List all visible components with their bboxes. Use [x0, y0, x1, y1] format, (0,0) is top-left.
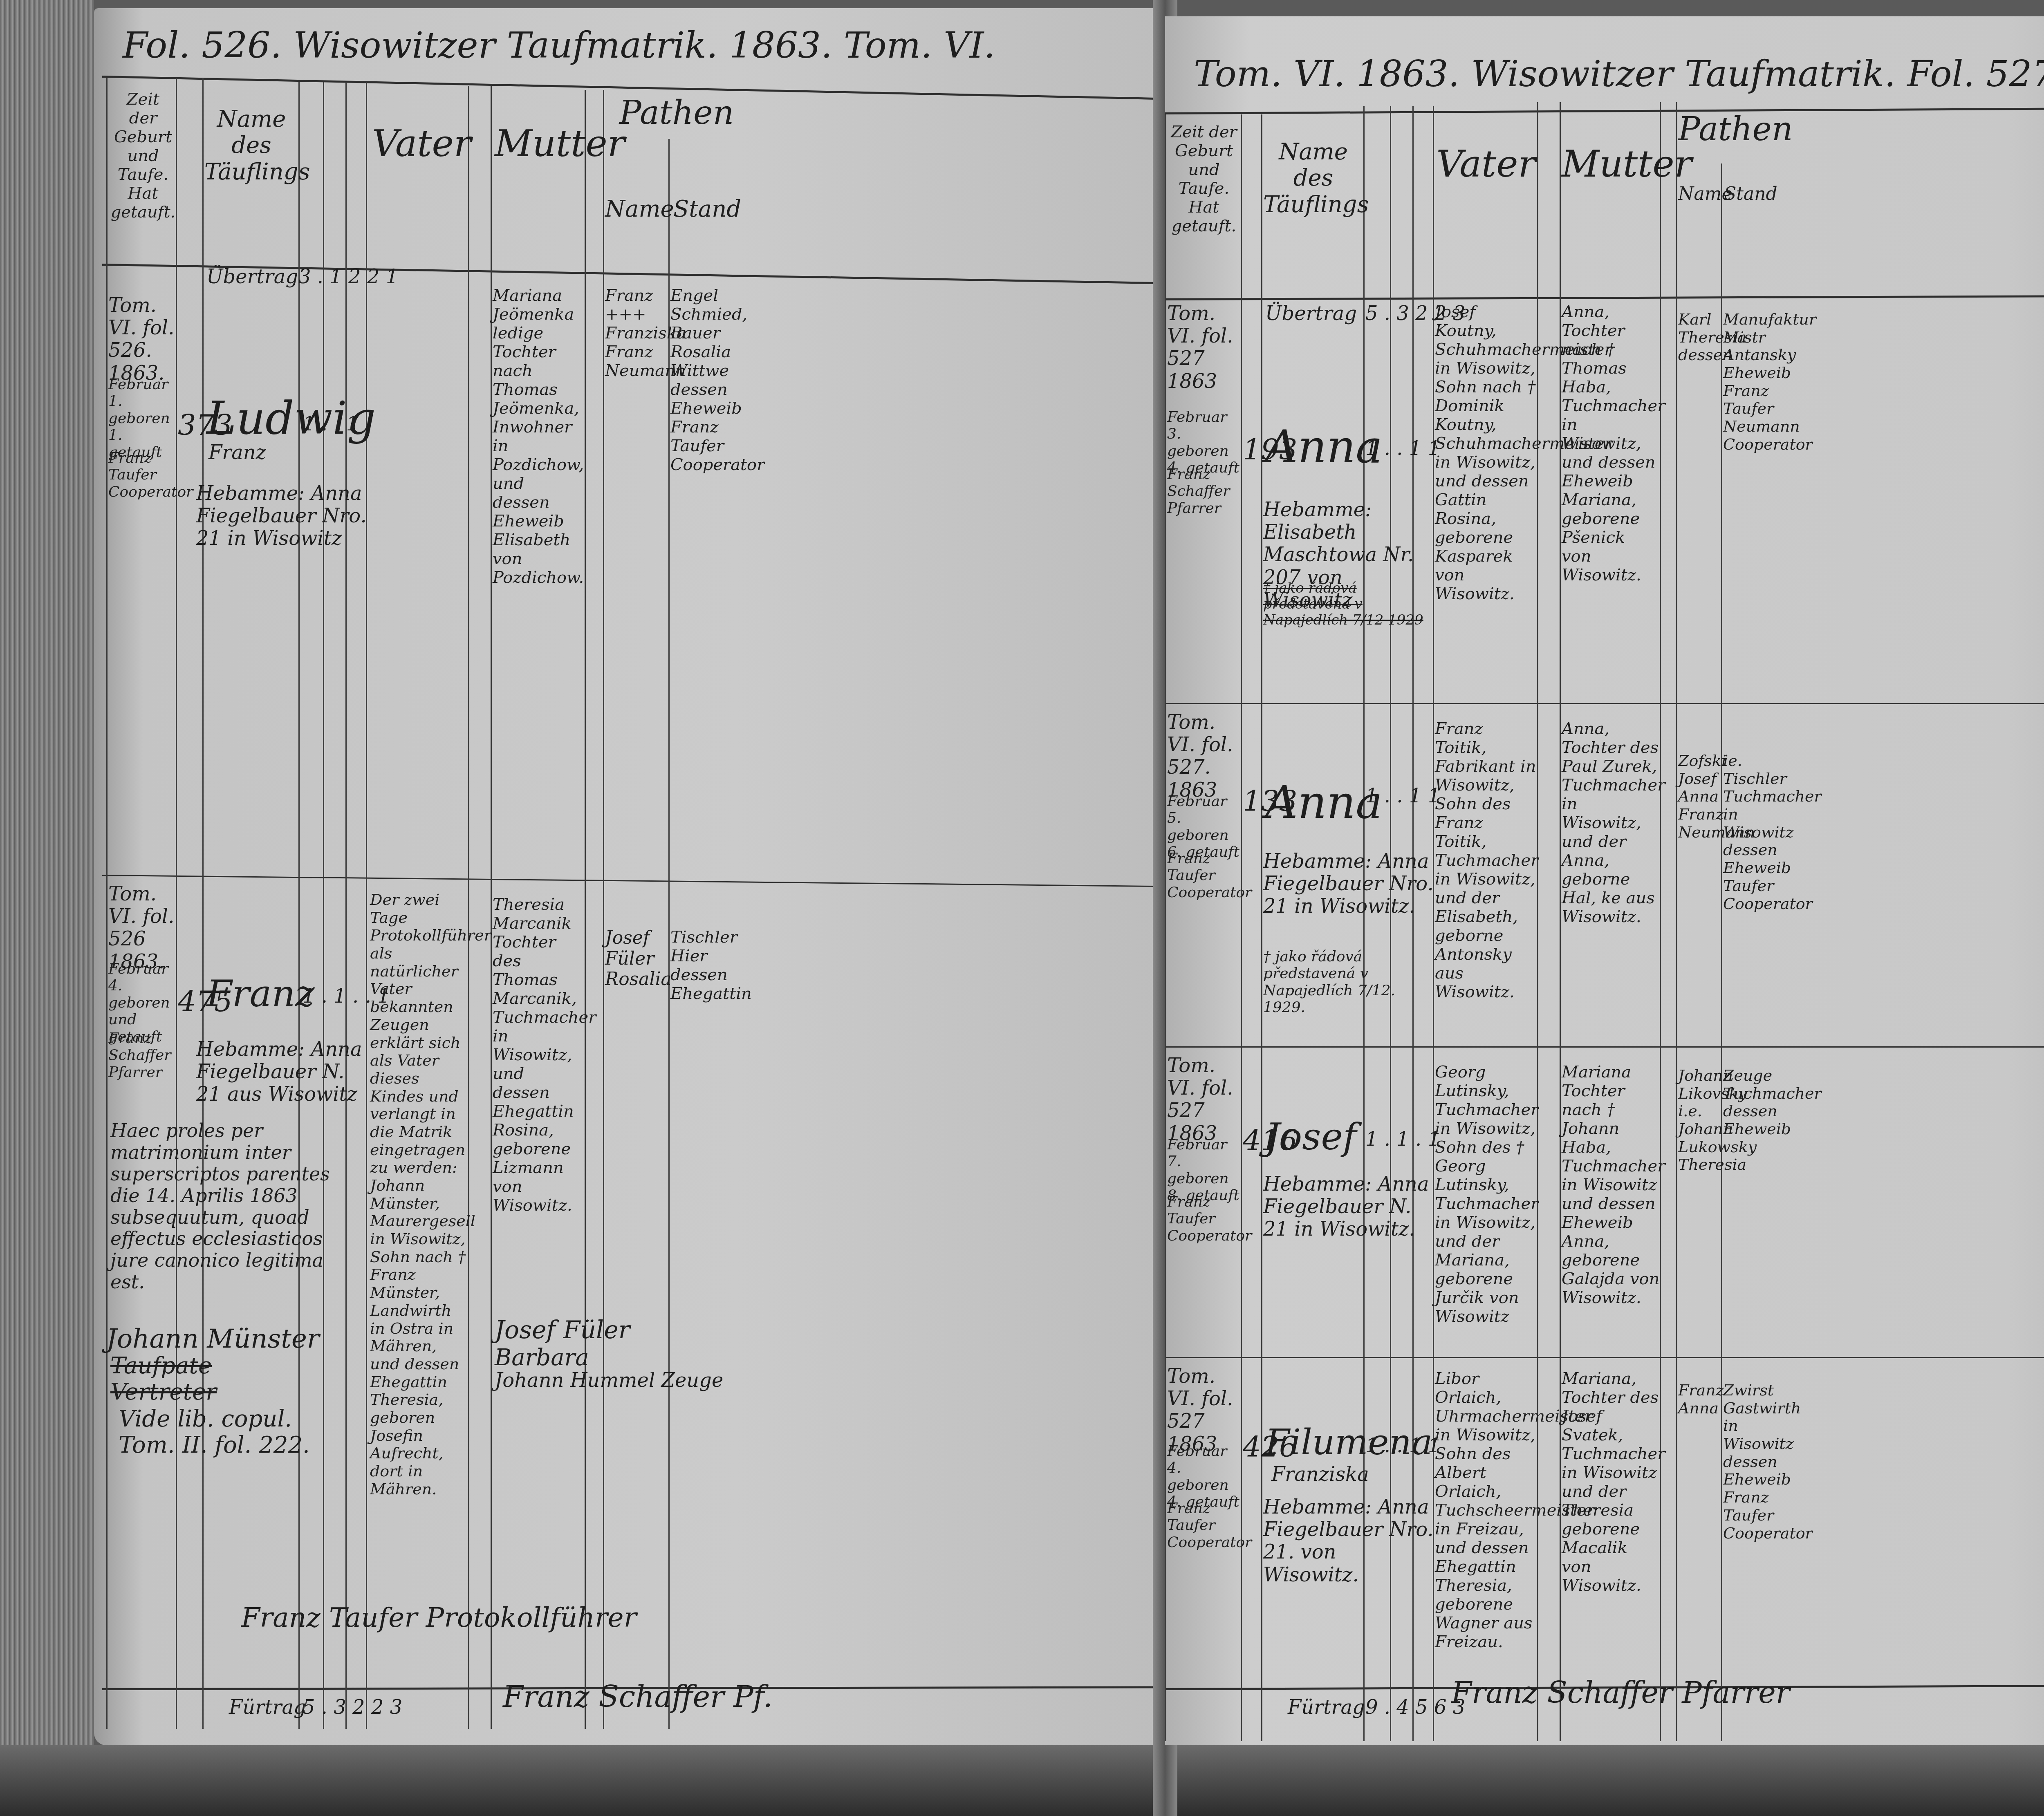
col-line — [585, 90, 586, 1729]
entry-name: Franz — [206, 973, 315, 1015]
entry-midwife: Hebamme: Anna Fiegelbauer N. 21 in Wisow… — [1263, 1173, 1435, 1241]
header-father: Vater — [372, 123, 466, 165]
entry-marks: 1 . . 1 1 — [1365, 1435, 1440, 1457]
total-values: 9 . 4 5 6 3 — [1365, 1696, 1465, 1719]
header-mother: Mutter — [1562, 143, 1660, 186]
entry-name-note: Franziska — [1271, 1463, 1369, 1486]
entry-date: Februar 1. geboren 1. getauft — [108, 376, 176, 461]
header-godparent-status: Stand — [670, 196, 744, 222]
entry-divider — [1165, 1046, 2044, 1048]
entry-baptizer: Franz Taufer Cooperator — [1167, 850, 1241, 901]
pastor-signature: Franz Schaffer Pfarrer — [1451, 1676, 1790, 1710]
entry-godparent-status: Zwirst Gastwirth in Wisowitz dessen Ehew… — [1723, 1382, 1778, 1542]
header-godparents: Pathen — [605, 94, 748, 132]
right-page-title: Tom. VI. 1863. Wisowitzer Taufmatrik. Fo… — [1194, 53, 2044, 94]
col-line — [491, 86, 492, 1729]
header-name: Name des Täuflings — [204, 106, 298, 185]
entry-marks: 1 . . 1 — [303, 413, 359, 435]
entry-ref: Tom. VI. fol. 527 1863 — [1167, 302, 1241, 393]
entry-mother: Mariana Jeömenka ledige Tochter nach Tho… — [493, 286, 585, 587]
col-line — [1261, 114, 1262, 1741]
right-page: Tom. VI. 1863. Wisowitzer Taufmatrik. Fo… — [1165, 16, 2044, 1745]
col-line — [176, 78, 177, 1729]
struck-note: † jako řádová představena v Napajedlích … — [1263, 580, 1435, 628]
total-values: 5 . 3 2 2 3 — [303, 1696, 402, 1719]
header-bottom-rule — [1165, 295, 2044, 300]
entry-mother: Anna, Tochter nach † Thomas Haba, Tuchma… — [1562, 302, 1660, 584]
entry-ref: Tom. VI. fol. 527 1863 — [1167, 1055, 1241, 1145]
entry-godparent-status: Engel Schmied, Bauer Rosalia Wittwe dess… — [670, 286, 744, 474]
header-godparent-name: Name — [1678, 184, 1721, 205]
entry-godparent-status: Zeuge Tuchmacher dessen Eheweib — [1723, 1067, 1778, 1138]
entry-ref: Tom. VI. fol. 527. 1863 — [1167, 711, 1241, 802]
entry-godparent-status: Tischler Hier dessen Ehegattin — [670, 928, 744, 1003]
header-godparents: Pathen — [1678, 110, 1778, 148]
struck-text: Taufpate Vertreter — [110, 1353, 184, 1406]
header-top-rule — [1165, 107, 2044, 114]
carryover-label: Übertrag — [1265, 302, 1357, 325]
pastor-signature: Franz Schaffer Pf. — [503, 1680, 773, 1714]
entry-name: Anna — [1265, 777, 1383, 829]
entry-godparent-status: ie. Tischler Tuchmacher in Wisowitz dess… — [1723, 752, 1778, 913]
header-godparent-status: Stand — [1723, 184, 1778, 205]
carryover-values: 3 . 1 2 2 1 — [298, 266, 398, 288]
entry-godparent-status: Manufaktur Mistr Antansky Eheweib Franz … — [1723, 311, 1778, 454]
col-line — [202, 78, 204, 1729]
total-label: Fürtrag — [1288, 1696, 1365, 1719]
header-father: Vater — [1435, 143, 1537, 186]
entry-baptizer: Franz Schaffer Pfarrer — [1167, 466, 1241, 517]
entry-baptizer: Franz Taufer Cooperator — [1167, 1193, 1241, 1244]
col-line — [345, 82, 347, 1729]
col-line — [1165, 114, 1166, 1741]
page-stack-left — [0, 0, 94, 1816]
entry-father: Josef Koutny, Schuhmachermeister in Wiso… — [1435, 302, 1537, 603]
entry-name-note: Franz — [208, 441, 266, 464]
col-line — [1241, 114, 1242, 1741]
carryover-label: Übertrag — [206, 266, 298, 288]
total-label: Fürtrag — [229, 1696, 306, 1719]
entry-marks: 1 . 1 . 1 — [1365, 1128, 1440, 1151]
entry-midwife: Hebamme: Anna Fiegelbauer Nro. 21. von W… — [1263, 1496, 1435, 1586]
witness-signature: Josef Füler — [495, 1316, 630, 1344]
entry-divider — [1165, 1357, 2044, 1358]
witness-signature: Johann Münster — [106, 1324, 319, 1355]
entry-godparent-name: Josef Füler Rosalia — [605, 928, 666, 990]
entry-baptizer: Franz Taufer Cooperator — [108, 450, 176, 500]
entry-godparent-name: Karl Theresia dessen — [1678, 311, 1721, 364]
entry-mother: Mariana Tochter nach † Johann Haba, Tuch… — [1562, 1063, 1660, 1307]
later-note: † jako řádová představená v Napajedlích … — [1263, 948, 1435, 1016]
header-mother: Mutter — [495, 123, 585, 165]
header-time: Zeit der Geburt und Taufe. Hat getauft. — [110, 90, 176, 222]
col-line — [1721, 163, 1722, 1741]
entry-mother: Anna, Tochter des Paul Zurek, Tuchmacher… — [1562, 719, 1660, 926]
col-line — [1676, 102, 1677, 1741]
entry-father: Franz Toitik, Fabrikant in Wisowitz, Soh… — [1435, 719, 1537, 1001]
entry-midwife: Hebamme: Anna Fiegelbauer N. 21 aus Wiso… — [196, 1038, 368, 1106]
left-page: Fol. 526. Wisowitzer Taufmatrik. 1863. T… — [94, 8, 1165, 1745]
col-line — [366, 82, 367, 1729]
cross-reference: Vide lib. copul. Tom. II. fol. 222. — [119, 1406, 323, 1459]
entry-godparent-name: Zofski Josef Anna Franz Neumann — [1678, 752, 1721, 841]
entry-mother: Mariana, Tochter des Josef Svatek, Tuchm… — [1562, 1369, 1660, 1595]
entry-ref: Tom. VI. fol. 527 1863 — [1167, 1365, 1241, 1455]
entry-ref: Tom. VI. fol. 526. 1863. — [108, 294, 176, 385]
witness-signature: Johann Hummel Zeuge — [495, 1369, 723, 1392]
latin-legitimation-note: Haec proles per matrimonium inter supers… — [110, 1120, 347, 1293]
entry-divider — [102, 875, 1157, 887]
book-spread: Fol. 526. Wisowitzer Taufmatrik. 1863. T… — [0, 0, 2044, 1816]
entry-midwife: Hebamme: Anna Fiegelbauer Nro. 21 in Wis… — [196, 482, 368, 550]
protocol-signature: Franz Taufer Protokollführer — [241, 1602, 637, 1633]
col-line — [323, 82, 324, 1729]
book-bottom-edge — [0, 1745, 2044, 1816]
entry-midwife: Hebamme: Anna Fiegelbauer Nro. 21 in Wis… — [1263, 850, 1435, 918]
header-name: Name des Täuflings — [1263, 139, 1363, 218]
entry-father: Der zwei Tage Protokollführer als natürl… — [370, 891, 468, 1498]
entry-godparent-name: Franz Anna — [1678, 1382, 1721, 1417]
entry-baptizer: Franz Schaffer Pfarrer — [108, 1030, 176, 1081]
entry-mother: Theresia Marcanik Tochter des Thomas Mar… — [493, 895, 585, 1215]
entry-father: Libor Orlaich, Uhrmachermeister in Wisow… — [1435, 1369, 1537, 1651]
header-time: Zeit der Geburt und Taufe. Hat getauft. — [1167, 123, 1241, 235]
col-line — [106, 78, 108, 1729]
entry-marks: 1 . . 1 1 — [1365, 437, 1440, 460]
entry-name: Josef — [1265, 1116, 1356, 1158]
entry-divider — [1165, 703, 2044, 704]
entry-baptizer: Franz Taufer Cooperator — [1167, 1500, 1241, 1551]
entry-name: Anna — [1265, 421, 1383, 473]
entry-godparent-name: Johann Likovsky i.e. Johann Lukowsky The… — [1678, 1067, 1721, 1174]
left-page-title: Fol. 526. Wisowitzer Taufmatrik. 1863. T… — [123, 25, 995, 66]
entry-godparent-name: Franz +++ Franziska Franz Neumann — [605, 286, 666, 380]
witness-signature: Barbara — [495, 1345, 589, 1371]
entry-father: Georg Lutinsky, Tuchmacher in Wisowitz, … — [1435, 1063, 1537, 1326]
header-godparent-name: Name — [605, 196, 666, 222]
col-line — [1660, 102, 1661, 1741]
col-line — [468, 86, 469, 1729]
col-line — [603, 90, 604, 1729]
entry-ref: Tom. VI. fol. 526 1863. — [108, 883, 176, 973]
col-line — [298, 82, 300, 1729]
entry-marks: 1 . . 1 1 — [1365, 785, 1440, 807]
